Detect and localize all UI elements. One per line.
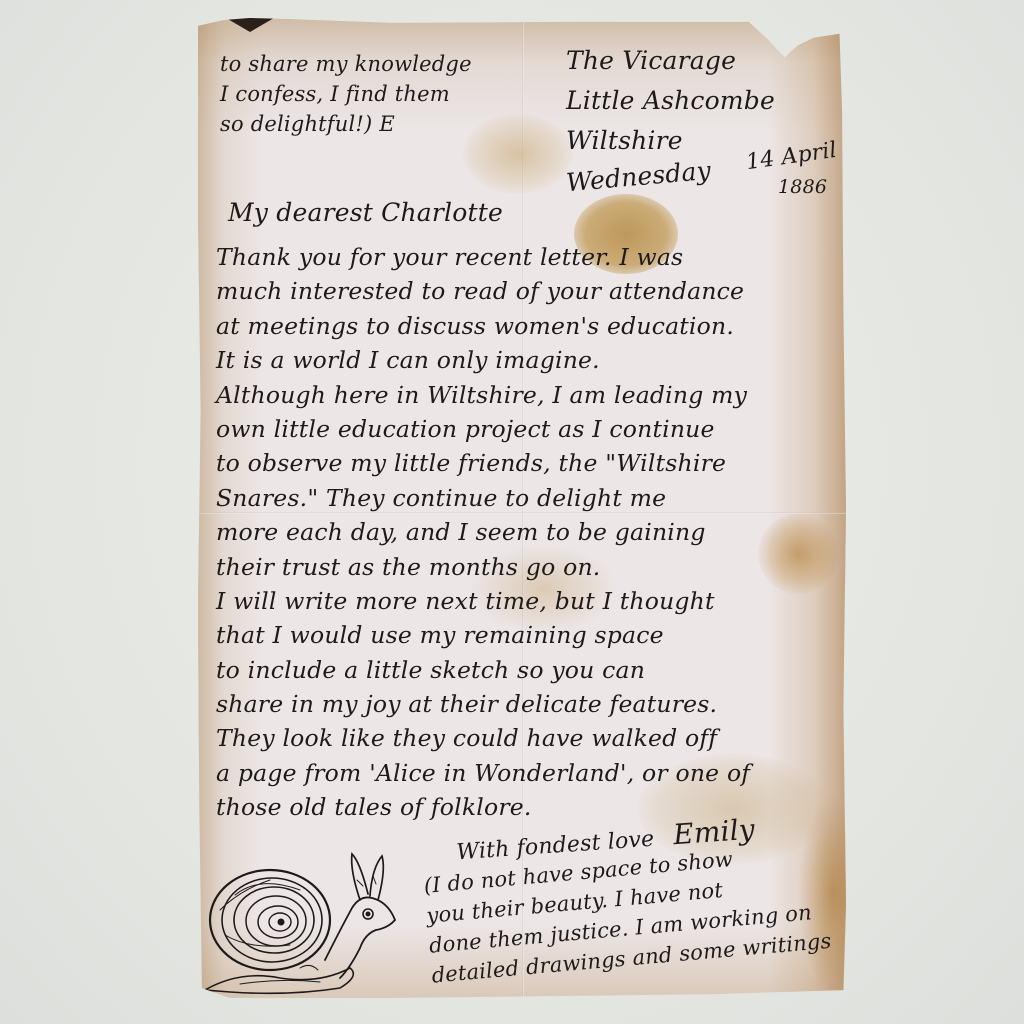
body-line: Snares." They continue to delight me bbox=[216, 487, 750, 521]
date-weekday: Wednesday bbox=[565, 158, 712, 196]
letter-paper: to share my knowledge I confess, I find … bbox=[198, 14, 846, 1004]
tea-stain bbox=[463, 114, 573, 194]
body-line: at meetings to discuss women's education… bbox=[216, 315, 750, 349]
paper-tear-mark bbox=[226, 18, 274, 32]
top-postscript: to share my knowledge I confess, I find … bbox=[220, 54, 472, 144]
body-line: their trust as the months go on. bbox=[216, 556, 750, 590]
body-line: It is a world I can only imagine. bbox=[216, 349, 750, 383]
body-line: to observe my little friends, the "Wilts… bbox=[216, 452, 750, 486]
body-line: a page from 'Alice in Wonderland', or on… bbox=[216, 762, 750, 796]
body-line: more each day, and I seem to be gaining bbox=[216, 521, 750, 555]
postscript-line: so delightful!) E bbox=[220, 114, 472, 144]
address-line: Little Ashcombe bbox=[566, 88, 775, 128]
salutation: My dearest Charlotte bbox=[228, 200, 503, 225]
address-line: The Vicarage bbox=[566, 48, 775, 88]
body-line: much interested to read of your attendan… bbox=[216, 280, 750, 314]
date-year: 1886 bbox=[778, 178, 827, 197]
tea-stain bbox=[758, 514, 838, 594]
body-line: Although here in Wiltshire, I am leading… bbox=[216, 384, 750, 418]
postscript-line: to share my knowledge bbox=[220, 54, 472, 84]
body-line: Thank you for your recent letter. I was bbox=[216, 246, 750, 280]
bottom-postscript: (I do not have space to show you their b… bbox=[423, 841, 833, 996]
signature-name: Emily bbox=[672, 813, 756, 852]
body-line: to include a little sketch so you can bbox=[216, 659, 750, 693]
letter-date: Wednesday 14 April 1886 bbox=[566, 164, 711, 189]
body-line: I will write more next time, but I thoug… bbox=[216, 590, 750, 624]
body-line: that I would use my remaining space bbox=[216, 624, 750, 658]
body-line: share in my joy at their delicate featur… bbox=[216, 693, 750, 727]
snail-hare-sketch-icon bbox=[200, 850, 430, 1000]
letter-body: Thank you for your recent letter. I was … bbox=[216, 246, 750, 831]
body-line: own little education project as I contin… bbox=[216, 418, 750, 452]
body-line: They look like they could have walked of… bbox=[216, 727, 750, 761]
postscript-line: I confess, I find them bbox=[220, 84, 472, 114]
